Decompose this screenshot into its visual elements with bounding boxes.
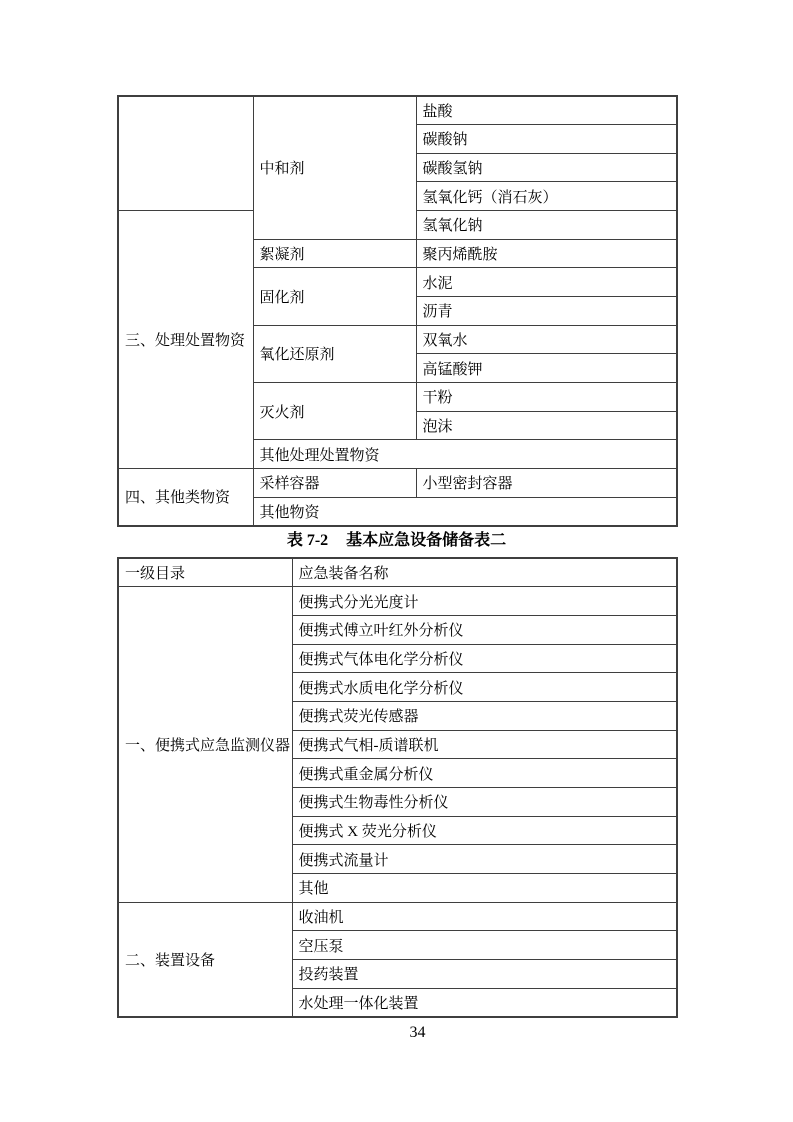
equipment-item-cell: 便携式重金属分析仪 <box>292 759 677 788</box>
item-cell: 氢氧化钙（消石灰） <box>416 182 677 211</box>
equipment-item-cell: 便携式气体电化学分析仪 <box>292 644 677 673</box>
item-cell: 沥青 <box>416 297 677 326</box>
equipment-item-cell: 收油机 <box>292 902 677 931</box>
equipment-item-cell: 投药装置 <box>292 959 677 988</box>
item-cell: 小型密封容器 <box>416 469 677 498</box>
item-cell: 水泥 <box>416 268 677 297</box>
agent-neutralizer-cell: 中和剂 <box>253 96 416 239</box>
header-level1-directory-cell: 一级目录 <box>118 558 292 587</box>
page-number: 34 <box>138 1024 697 1042</box>
table-row: 一、便携式应急监测仪器 便携式分光光度计 <box>118 587 677 616</box>
sampling-container-cell: 采样容器 <box>253 469 416 498</box>
equipment-item-cell: 便携式水质电化学分析仪 <box>292 673 677 702</box>
item-cell: 泡沫 <box>416 411 677 440</box>
equipment-item-cell: 便携式荧光传感器 <box>292 701 677 730</box>
item-cell: 高锰酸钾 <box>416 354 677 383</box>
category-empty-cell <box>118 96 253 211</box>
equipment-item-cell: 便携式傅立叶红外分析仪 <box>292 615 677 644</box>
item-cell: 盐酸 <box>416 96 677 125</box>
item-cell: 碳酸钠 <box>416 125 677 154</box>
category-installation-equipment-cell: 二、装置设备 <box>118 902 292 1017</box>
emergency-materials-table: 中和剂 盐酸 碳酸钠 碳酸氢钠 氢氧化钙（消石灰） 三、处理处置物资 氢氧化钠 … <box>117 95 678 527</box>
equipment-item-cell: 其他 <box>292 873 677 902</box>
equipment-item-cell: 便携式分光光度计 <box>292 587 677 616</box>
table-header-row: 一级目录 应急装备名称 <box>118 558 677 587</box>
table-row: 四、其他类物资 采样容器 小型密封容器 <box>118 469 677 498</box>
agent-solidifier-cell: 固化剂 <box>253 268 416 325</box>
item-cell: 碳酸氢钠 <box>416 153 677 182</box>
agent-flocculant-cell: 絮凝剂 <box>253 239 416 268</box>
agent-extinguisher-cell: 灭火剂 <box>253 383 416 440</box>
item-cell: 氢氧化钠 <box>416 211 677 240</box>
equipment-item-cell: 便携式生物毒性分析仪 <box>292 787 677 816</box>
equipment-item-cell: 空压泵 <box>292 931 677 960</box>
item-cell: 聚丙烯酰胺 <box>416 239 677 268</box>
other-materials-cell: 其他物资 <box>253 497 677 526</box>
emergency-equipment-table: 一级目录 应急装备名称 一、便携式应急监测仪器 便携式分光光度计 便携式傅立叶红… <box>117 557 678 1018</box>
equipment-item-cell: 便携式气相-质谱联机 <box>292 730 677 759</box>
table-row: 二、装置设备 收油机 <box>118 902 677 931</box>
category-portable-monitoring-cell: 一、便携式应急监测仪器 <box>118 587 292 902</box>
item-cell: 干粉 <box>416 383 677 412</box>
equipment-item-cell: 便携式 X 荧光分析仪 <box>292 816 677 845</box>
item-cell: 双氧水 <box>416 325 677 354</box>
table-caption-title: 基本应急设备储备表二 <box>346 532 506 549</box>
category-other-materials-cell: 四、其他类物资 <box>118 469 253 526</box>
table-caption: 表 7-2基本应急设备储备表二 <box>117 525 676 557</box>
header-equipment-name-cell: 应急装备名称 <box>292 558 677 587</box>
document-page: 中和剂 盐酸 碳酸钠 碳酸氢钠 氢氧化钙（消石灰） 三、处理处置物资 氢氧化钠 … <box>0 0 793 1122</box>
equipment-item-cell: 便携式流量计 <box>292 845 677 874</box>
category-treatment-disposal-cell: 三、处理处置物资 <box>118 211 253 469</box>
table-row: 中和剂 盐酸 <box>118 96 677 125</box>
agent-redox-cell: 氧化还原剂 <box>253 325 416 382</box>
table-caption-label: 表 7-2 <box>287 532 328 549</box>
equipment-item-cell: 水处理一体化装置 <box>292 988 677 1017</box>
other-treatment-materials-cell: 其他处理处置物资 <box>253 440 677 469</box>
